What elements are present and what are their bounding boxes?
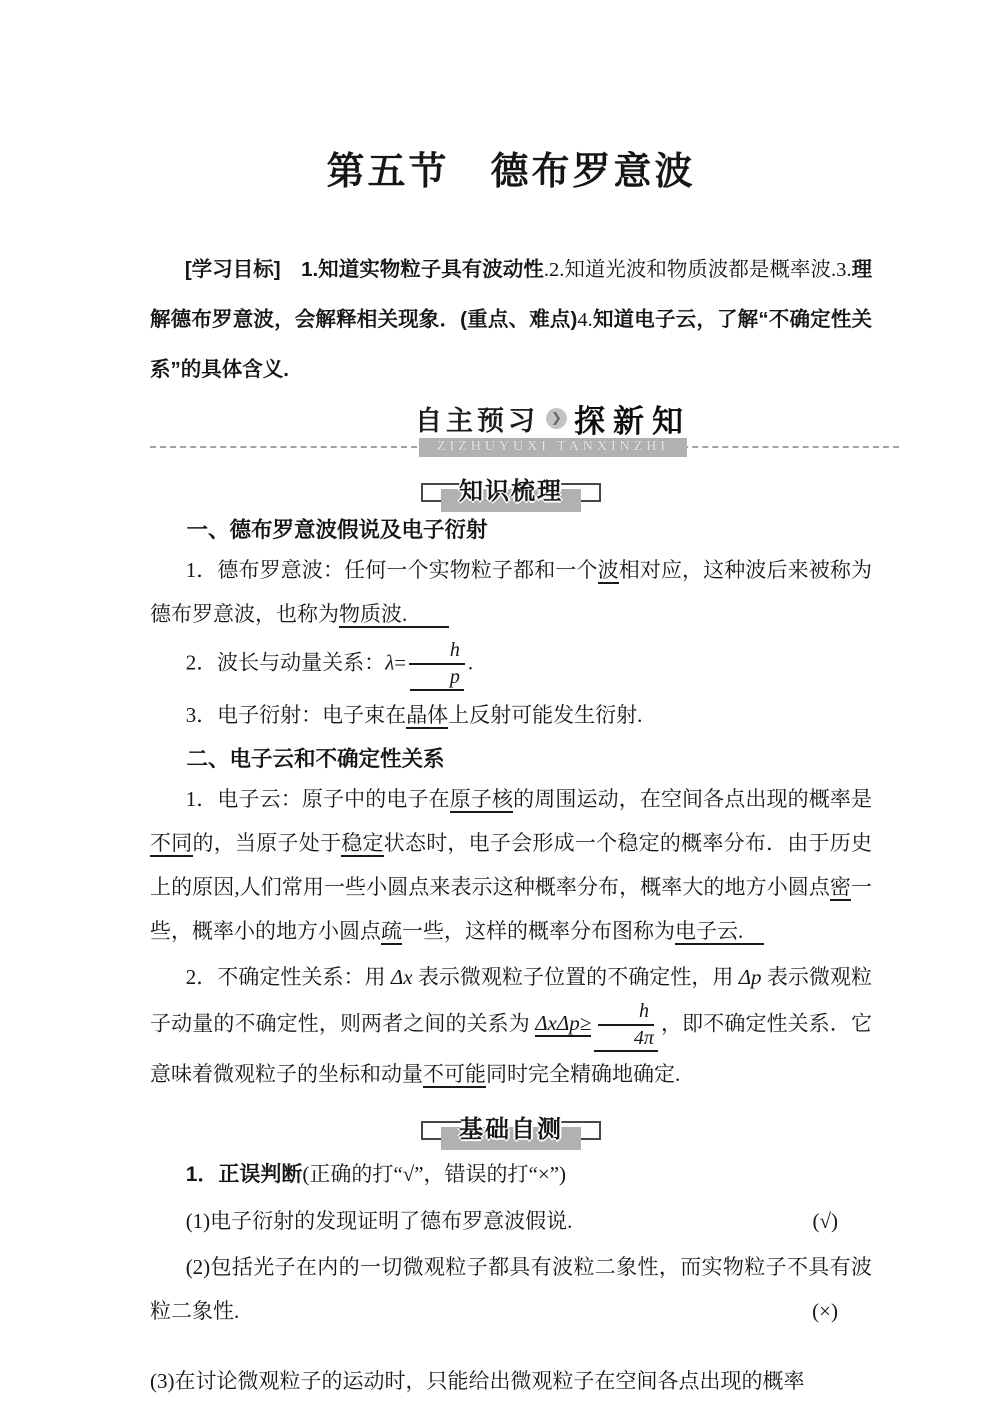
question-text-3: (3)在讨论微观粒子的运动时，只能给出微观粒子在空间各点出现的概率 — [150, 1369, 804, 1393]
question-item-1: (1)电子衍射的发现证明了德布罗意波假说. (√) — [150, 1199, 872, 1243]
paragraph-electron-diffraction: 3．电子衍射：电子束在晶体上反射可能发生衍射. — [150, 693, 872, 737]
knowledge-badge-label: 知识梳理 — [453, 471, 569, 506]
question-item-2: (2)包括光子在内的一切微观粒子都具有波粒二象性，而实物粒子不具有波粒二象性. … — [150, 1245, 872, 1333]
section-heading-2: 二、电子云和不确定性关系 — [150, 743, 872, 775]
preview-section-header: 自主预习 ❯ 探新知 ZIZHUYUXI TANXINZHI — [150, 399, 872, 458]
basic-test-badge: 基础自测 — [150, 1108, 872, 1144]
page-title: 第五节 德布罗意波 — [150, 140, 872, 195]
preview-header-title-row: 自主预习 ❯ 探新知 — [192, 399, 914, 437]
paragraph-uncertainty: 2．不确定性关系：用 Δx 表示微观粒子位置的不确定性，用 Δp 表示微观粒子动… — [150, 955, 872, 1096]
question-item-3: (3)在讨论微观粒子的运动时，只能给出微观粒子在空间各点出现的概率 — [150, 1359, 872, 1403]
preview-header-left-label: 自主预习 — [415, 399, 539, 438]
question-text-1: (1)电子衍射的发现证明了德布罗意波假说. — [186, 1209, 573, 1233]
preview-header-right-label: 探新知 — [574, 396, 691, 441]
answer-mark-1: (√) — [777, 1199, 838, 1243]
preview-header-rule-row: ZIZHUYUXI TANXINZHI — [150, 438, 872, 458]
answer-mark-2: (×) — [776, 1289, 838, 1333]
paragraph-wavelength-momentum: 2．波长与动量关系：λ=hp. — [150, 638, 872, 691]
question-text-2: (2)包括光子在内的一切微观粒子都具有波粒二象性，而实物粒子不具有波粒二象性. — [150, 1255, 872, 1323]
document-page: 第五节 德布罗意波 [学习目标] 1.知道实物粒子具有波动性.2.知道光波和物质… — [0, 0, 1000, 1414]
paragraph-electron-cloud: 1．电子云：原子中的电子在原子核的周围运动，在空间各点出现的概率是不同的，当原子… — [150, 777, 872, 953]
chevron-right-icon: ❯ — [546, 408, 567, 429]
paragraph-debroglie-wave: 1．德布罗意波：任何一个实物粒子都和一个波相对应，这种波后来被称为德布罗意波，也… — [150, 548, 872, 636]
question-heading: 1．正误判断(正确的打“√”，错误的打“×”) — [150, 1152, 872, 1197]
learning-objectives: [学习目标] 1.知道实物粒子具有波动性.2.知道光波和物质波都是概率波.3.理… — [150, 245, 872, 395]
basic-test-badge-label: 基础自测 — [453, 1109, 569, 1144]
preview-header-romanized: ZIZHUYUXI TANXINZHI — [419, 438, 687, 457]
knowledge-badge: 知识梳理 — [150, 470, 872, 506]
section-heading-1: 一、德布罗意波假说及电子衍射 — [150, 514, 872, 546]
